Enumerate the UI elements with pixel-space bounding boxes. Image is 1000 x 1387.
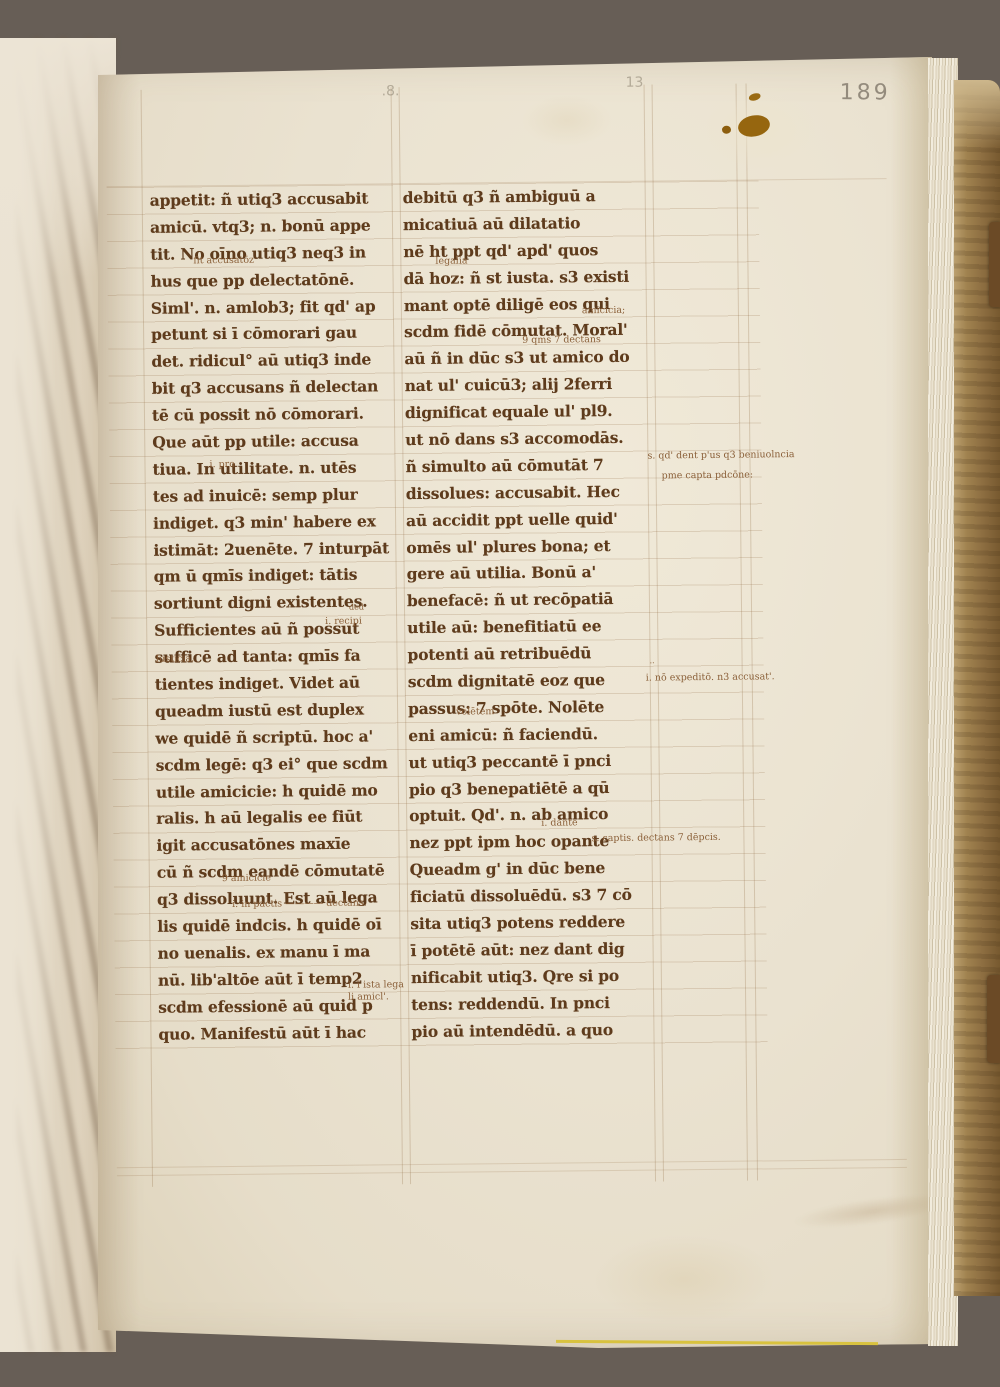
manuscript-page: .8. 13 189 appetit: ñ utiq3 accusabitami… <box>98 56 932 1348</box>
marginal-gloss: li amicl'. <box>348 991 389 1002</box>
manuscript-text-line: det. ridicul° aū utiq3 inde <box>151 346 403 376</box>
pencil-mark: 13 <box>625 75 643 91</box>
manuscript-text-line: ñ simulto aū cōmutāt 7 <box>405 451 657 481</box>
manuscript-text-line: micatiuā aū dilatatio <box>403 209 655 239</box>
manuscript-text-line: dissolues: accusabit. Hec <box>406 478 658 508</box>
marginal-gloss: i. ī ista lega <box>348 979 404 991</box>
parchment-stain <box>522 95 613 146</box>
manuscript-text-line: potenti aū retribuēdū <box>407 640 659 670</box>
manuscript-text-line: we quidē ñ scriptū. hoc a' <box>155 723 407 753</box>
manuscript-text-line: ralis. h aū legalis ee fiūt <box>156 804 408 834</box>
ink-blot-dot <box>722 126 731 134</box>
manuscript-text-line: ficiatū dissoluēdū. s3 7 cō <box>410 882 662 912</box>
manuscript-text-line: scdm legē: q3 ei° que scdm <box>156 750 408 780</box>
interlinear-gloss: 9 qms 7 dectans <box>522 334 601 346</box>
manuscript-text-line: tens: reddendū. In pnci <box>411 989 663 1019</box>
manuscript-text-line: aū ñ in dūc s3 ut amico do <box>404 344 656 374</box>
manuscript-text-line: queadm iustū est duplex <box>155 696 407 726</box>
manuscript-text-line: Siml'. n. amlob3; fit qd' ap <box>151 293 403 323</box>
interlinear-gloss: i. in pactis ———— dectans. <box>232 898 367 910</box>
interlinear-gloss: Iusticia. <box>155 653 194 664</box>
manuscript-text-line: nat ul' cuicū3; alij 2ferri <box>405 371 657 401</box>
manuscript-text-line: pio aū intendēdū. a quo <box>411 1016 663 1046</box>
manuscript-text-line: dā hoz: ñ st iusta. s3 existi <box>403 263 655 293</box>
ruling-through-line <box>117 1159 907 1168</box>
interlinear-gloss: 9 amicicie <box>222 873 271 885</box>
manuscript-text-line: utile amicicie: h quidē mo <box>156 777 408 807</box>
clasp-remnant <box>987 975 1000 1063</box>
manuscript-text-line: ut utiq3 peccantē ī pnci <box>408 747 660 777</box>
interlinear-gloss: amicicia; <box>582 305 625 316</box>
interlinear-gloss: fit accusatōz <box>193 255 254 267</box>
manuscript-text-line: sita utiq3 potens reddere <box>410 909 662 939</box>
manuscript-text-line: ī potētē aūt: nez dant dig <box>410 935 662 965</box>
pencil-mark: .8. <box>382 83 400 99</box>
marginal-note: pme capta pdcōne: <box>662 469 754 481</box>
manuscript-text-line: lis quidē indcis. h quidē oī <box>157 911 409 941</box>
marginal-note: i. nō expeditō. n3 accusat'. <box>646 671 775 683</box>
manuscript-text-line: tē cū possit nō cōmorari. <box>152 400 404 430</box>
manuscript-text-line: Queadm g' in dūc bene <box>410 855 662 885</box>
headcap <box>954 80 1000 150</box>
manuscript-text-line: indiget. q3 min' habere ex <box>153 508 405 538</box>
manuscript-text-line: passus: 7 spōte. Nolēte <box>408 693 660 723</box>
manuscript-text-line: appetit: ñ utiq3 accusabit <box>150 185 402 215</box>
manuscript-text-line: pio q3 benepatiētē a qū <box>409 774 661 804</box>
marginal-note-mark: ·· <box>650 659 655 668</box>
manuscript-text-line: Sufficientes aū ñ possut <box>154 615 406 645</box>
clasp-remnant <box>989 222 1000 307</box>
manuscript-text-line: tit. No oīno utiq3 neq3 in <box>150 239 402 269</box>
interlinear-gloss: volētem <box>456 706 494 717</box>
manuscript-text-line: Que aūt pp utile: accusa <box>152 427 404 457</box>
folio-number: 189 <box>840 80 891 105</box>
interlinear-gloss: s. captis. dectans 7 dēpcis. <box>591 832 720 844</box>
manuscript-text-line: omēs ul' plures bona; et <box>406 532 658 562</box>
manuscript-text-line: ut nō dans s3 accomodās. <box>405 425 657 455</box>
manuscript-text-line: tes ad inuicē: semp plur <box>153 481 405 511</box>
page-content: .8. 13 189 appetit: ñ utiq3 accusabitami… <box>91 52 938 1353</box>
manuscript-text-line: eni amicū: ñ faciendū. <box>408 720 660 750</box>
interlinear-gloss: legalia <box>435 255 467 266</box>
ruling-through-line <box>117 1167 907 1176</box>
manuscript-text-line: scdm dignitatē eoz que <box>408 667 660 697</box>
manuscript-text-line: gere aū utilia. Bonū a' <box>407 559 659 589</box>
manuscript-text-line: amicū. vtq3; n. bonū appe <box>150 212 402 242</box>
manuscript-text-line: bit q3 accusans ñ delectan <box>152 373 404 403</box>
manuscript-text-line: qm ū qmīs indiget: tātis <box>154 562 406 592</box>
manuscript-text-line: hus que pp delectatōnē. <box>150 266 402 296</box>
manuscript-text-line: no uenalis. ex manu ī ma <box>157 938 409 968</box>
marginal-gloss: i. recipi <box>325 616 362 627</box>
manuscript-text-line: benefacē: ñ ut recōpatiā <box>407 586 659 616</box>
manuscript-text-line: sortiunt digni existentes. <box>154 588 406 618</box>
manuscript-text-line: aū accidit ppt uelle quid' <box>406 505 658 535</box>
manuscript-text-line: istimāt: 2uenēte. 7 inturpāt <box>153 535 405 565</box>
manuscript-text-line: petunt si ī cōmorari gau <box>151 320 403 350</box>
interlinear-gloss: i. dante <box>541 817 578 828</box>
manuscript-photo: .8. 13 189 appetit: ñ utiq3 accusabitami… <box>0 0 1000 1387</box>
manuscript-text-line: igit accusatōnes maxīe <box>156 830 408 860</box>
parchment-stain <box>594 1233 775 1325</box>
interlinear-gloss: i. pro <box>209 459 235 470</box>
manuscript-text-line: tientes indiget. Videt aū <box>155 669 407 699</box>
interlinear-gloss: ded <box>349 603 364 612</box>
text-column-left: appetit: ñ utiq3 accusabitamicū. vtq3; n… <box>150 185 411 1048</box>
manuscript-text-line: cū ñ scdm eandē cōmutatē <box>157 857 409 887</box>
manuscript-text-line: utile aū: benefitiatū ee <box>407 613 659 643</box>
manuscript-text-line: nificabit utiq3. Qre si po <box>411 962 663 992</box>
manuscript-text-line: optuit. Qd'. n. ab amico <box>409 801 661 831</box>
manuscript-text-line: quo. Manifestū aūt ī hac <box>158 1019 410 1049</box>
manuscript-text-line: debitū q3 ñ ambiguū a <box>403 183 655 213</box>
manuscript-text-line: dignificat equale ul' pl9. <box>405 398 657 428</box>
marginal-note: s. qd' dent p'us q3 beniuolncia <box>647 449 794 462</box>
manuscript-text-line: tiua. In utilitate. n. utēs <box>152 454 404 484</box>
